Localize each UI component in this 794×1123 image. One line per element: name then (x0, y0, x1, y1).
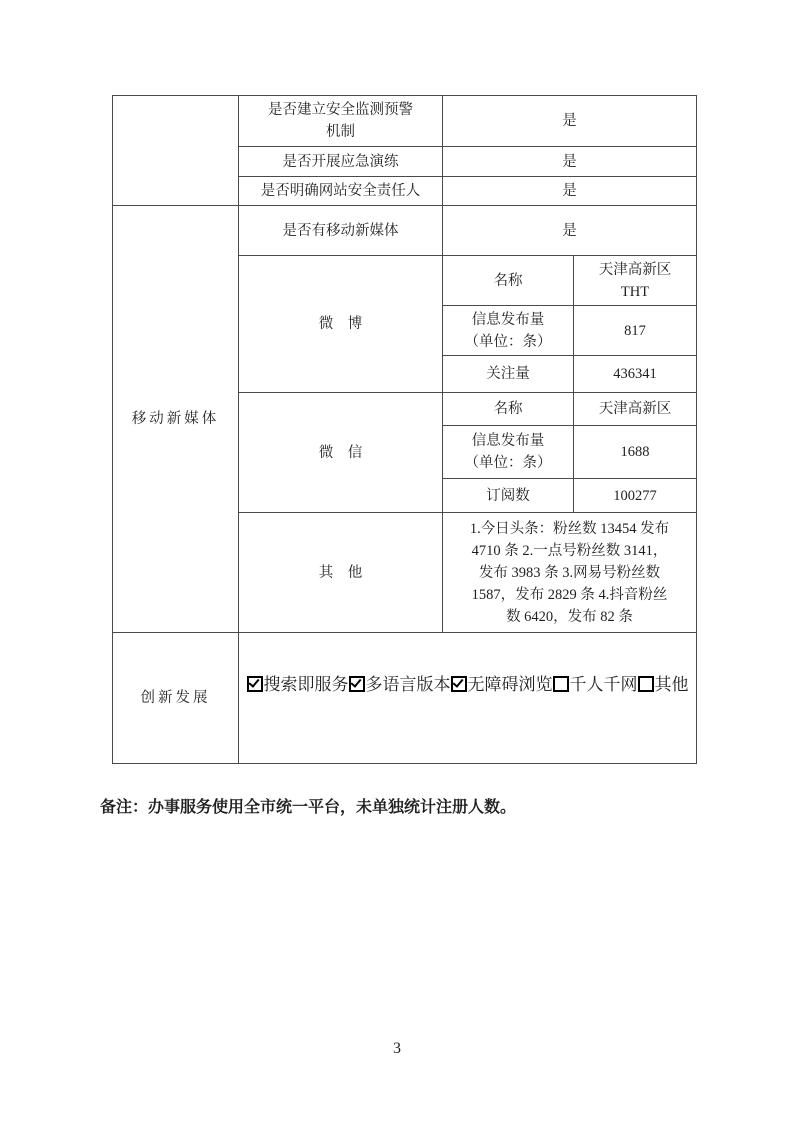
innovation-checkbox-line: 搜索即服务多语言版本无障碍浏览千人千网其他 (241, 675, 694, 695)
checkbox-label: 搜索即服务 (264, 675, 349, 694)
security-row-value: 是 (443, 147, 697, 177)
page-number: 3 (0, 1040, 794, 1058)
checkbox-label: 其他 (655, 675, 689, 694)
wechat-field-label: 信息发布量 （单位：条） (443, 426, 574, 479)
wechat-field-label: 名称 (443, 393, 574, 426)
wechat-field-label: 订阅数 (443, 479, 574, 513)
weibo-field-value: 天津高新区 THT (574, 256, 697, 306)
checkbox-multilingual[interactable] (349, 676, 365, 692)
checkbox-other[interactable] (638, 676, 654, 692)
mobile-media-section-label: 移动新媒体 (113, 206, 239, 633)
wechat-field-value: 100277 (574, 479, 697, 513)
weibo-field-label: 关注量 (443, 356, 574, 393)
security-row-value: 是 (443, 96, 697, 147)
wechat-field-value: 1688 (574, 426, 697, 479)
other-platforms-label: 其 他 (239, 513, 443, 633)
security-row-value: 是 (443, 177, 697, 206)
weibo-label: 微 博 (239, 256, 443, 393)
has-mobile-label: 是否有移动新媒体 (239, 206, 443, 256)
checkbox-search-service[interactable] (247, 676, 263, 692)
document-page: 是否建立安全监测预警 机制 是 是否开展应急演练 是 是否明确网站安全责任人 是… (0, 0, 794, 1123)
security-row-label: 是否明确网站安全责任人 (239, 177, 443, 206)
wechat-field-value: 天津高新区 (574, 393, 697, 426)
weibo-field-value: 817 (574, 306, 697, 356)
table-row: 移动新媒体 是否有移动新媒体 是 (113, 206, 697, 256)
innovation-section-label: 创新发展 (113, 633, 239, 764)
checkbox-item-accessibility[interactable]: 无障碍浏览 (451, 675, 553, 695)
security-row-label: 是否建立安全监测预警 机制 (239, 96, 443, 147)
footnote: 备注：办事服务使用全市统一平台，未单独统计注册人数。 (100, 797, 700, 818)
security-section-cell-empty (113, 96, 239, 206)
checkbox-accessibility[interactable] (451, 676, 467, 692)
checkbox-label: 无障碍浏览 (468, 675, 553, 694)
security-row-label: 是否开展应急演练 (239, 147, 443, 177)
checkbox-label: 千人千网 (570, 675, 638, 694)
weibo-field-label: 信息发布量 （单位：条） (443, 306, 574, 356)
checkbox-item-other[interactable]: 其他 (638, 675, 689, 695)
wechat-label: 微 信 (239, 393, 443, 513)
table-row: 是否建立安全监测预警 机制 是 (113, 96, 697, 147)
checkbox-item-personalized[interactable]: 千人千网 (553, 675, 638, 695)
weibo-field-value: 436341 (574, 356, 697, 393)
weibo-field-label: 名称 (443, 256, 574, 306)
report-table: 是否建立安全监测预警 机制 是 是否开展应急演练 是 是否明确网站安全责任人 是… (112, 95, 697, 764)
has-mobile-value: 是 (443, 206, 697, 256)
innovation-options-cell: 搜索即服务多语言版本无障碍浏览千人千网其他 (239, 633, 697, 764)
checkbox-label: 多语言版本 (366, 675, 451, 694)
checkbox-item-multilingual[interactable]: 多语言版本 (349, 675, 451, 695)
checkbox-item-search-service[interactable]: 搜索即服务 (247, 675, 349, 695)
other-platforms-value: 1.今日头条：粉丝数 13454 发布 4710 条 2.一点号粉丝数 3141… (443, 513, 697, 633)
checkbox-personalized[interactable] (553, 676, 569, 692)
table-row: 创新发展 搜索即服务多语言版本无障碍浏览千人千网其他 (113, 633, 697, 764)
